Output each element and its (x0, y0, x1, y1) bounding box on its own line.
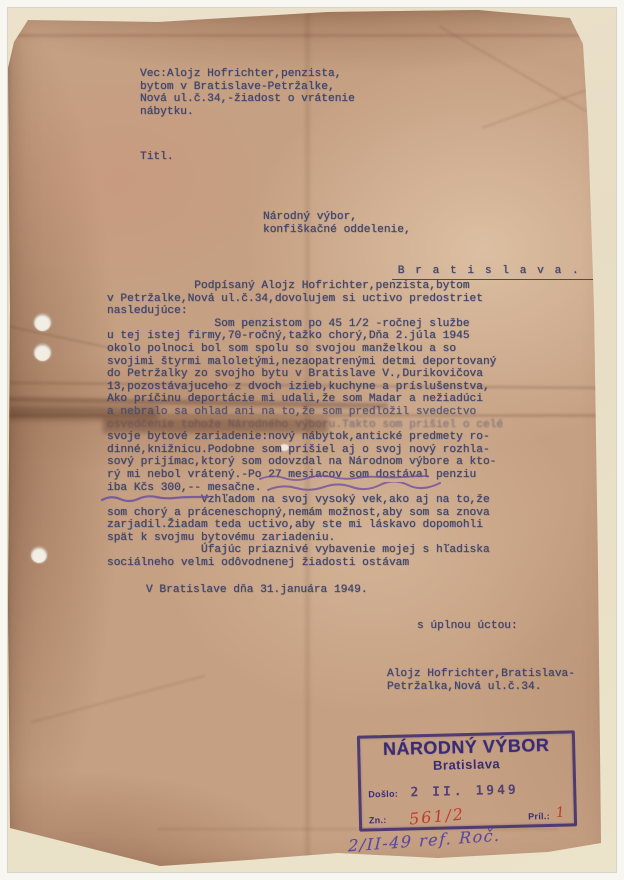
addressee-block: Národný výbor,konfiškačné oddelenie, (263, 211, 411, 236)
stamp-ref-label: Zn.: (369, 815, 387, 825)
body-line: 13,pozostávajuceho z dvoch izieb,kuchyne… (107, 381, 503, 394)
body-line: Úfajúc priaznivé vybavenie mojej s hľadi… (107, 544, 503, 557)
stamp-received-date: 2 II. 1949 (410, 783, 519, 801)
body-line: Ako príčinu deportácie mi udali,že som M… (107, 393, 503, 406)
body-line: u tej istej firmy,70-ročný,tažko chorý,D… (107, 330, 503, 343)
subject-line: Nová ul.č.34,-žiadost o vrátenie (140, 93, 355, 106)
signature-line: Alojz Hofrichter,Bratislava- (387, 668, 575, 681)
stamp-received-label: Došlo: (368, 789, 398, 800)
city-heading: B r a t i s l a v a . (392, 265, 597, 280)
body-line: som chorý a práceneschopný,nemám možnost… (107, 507, 503, 520)
subject-line: bytom v Bratislave-Petržalke, (140, 81, 355, 94)
body-line: sový prijímac,ktorý som odovzdal na Náro… (107, 456, 503, 469)
body-line: osvedčenie tohože Národného výboru.Takto… (107, 419, 503, 432)
body-line: dinné,knižnicu.Podobne som prišiel aj o … (107, 444, 503, 457)
stamp-ref-row: Zn.: 561/2 Príl.: 1 (369, 802, 567, 826)
stamp-received-row: Došlo: 2 II. 1949 (368, 780, 566, 803)
scanned-letter: Vec:Alojz Hofrichter,penzista,bytom v Br… (0, 0, 624, 880)
punch-hole (31, 547, 47, 563)
body-line: zarjadil.Žiadam teda uctivo,aby ste mi l… (107, 519, 503, 532)
subject-line: Vec:Alojz Hofrichter,penzista, (140, 68, 355, 81)
body-line: sociálneho velmi odôvodnenej žiadosti os… (107, 557, 503, 570)
body-line: svoje bytové zariadenie:nový nábytok,ant… (107, 431, 503, 444)
body-line: svojimi štyrmi maloletými,nezaopatrenými… (107, 356, 503, 369)
body-line: okolo polnoci bol som spolu so svojou ma… (107, 343, 503, 356)
body-line: spät k svojmu bytovému zariadeniu. (107, 532, 503, 545)
body-line: do Petržalky zo svojho bytu v Bratislave… (107, 368, 503, 381)
closing-line: s úplnou úctou: (417, 620, 518, 633)
salutation: Titl. (140, 151, 174, 164)
body-line: rý mi nebol vrátený.-Po 27 mesiacov som … (107, 469, 503, 482)
subject-line: nábytku. (140, 106, 355, 119)
body-line: a nebralo sa ohlad ani na to,že som pred… (107, 406, 503, 419)
addressee-line: konfiškačné oddelenie, (263, 224, 411, 237)
body-line: Vzhľadom na svoj vysoký vek,ako aj na to… (107, 494, 503, 507)
crease-diagonal (482, 79, 614, 129)
fold-line-horizontal (8, 34, 616, 37)
stamp-encl-value: 1 (555, 804, 567, 821)
body-line: v Petržalke,Nová ul.č.34,dovolujem si uc… (107, 293, 503, 306)
stamp-ref-value: 561/2 (408, 798, 529, 828)
punch-hole (34, 314, 51, 331)
punch-hole (34, 344, 51, 361)
body-line: Som penzistom po 45 1/2 -ročnej službe (107, 318, 503, 331)
stamp-encl-label: Príl.: (528, 811, 550, 822)
addressee-line: Národný výbor, (263, 211, 411, 224)
received-stamp: NÁRODNÝ VÝBOR Bratislava Došlo: 2 II. 19… (357, 730, 577, 831)
crease-diagonal (31, 675, 205, 724)
subject-block: Vec:Alojz Hofrichter,penzista,bytom v Br… (140, 68, 355, 118)
date-line: V Bratislave dňa 31.januára 1949. (146, 584, 368, 597)
body-line: iba Kčs 300,-- mesačne. (107, 482, 503, 495)
crease-diagonal (439, 26, 587, 113)
signature-line: Petržalka,Nová ul.č.34. (387, 681, 575, 694)
photo-backing: Vec:Alojz Hofrichter,penzista,bytom v Br… (8, 8, 616, 872)
body-text: Podpísaný Alojz Hofrichter,penzista,byto… (107, 280, 503, 570)
signature-block: Alojz Hofrichter,Bratislava-Petržalka,No… (387, 668, 575, 693)
paper-sheet: Vec:Alojz Hofrichter,penzista,bytom v Br… (8, 8, 616, 872)
body-line: nasledujúce: (107, 305, 503, 318)
body-line: Podpísaný Alojz Hofrichter,penzista,byto… (107, 280, 503, 293)
